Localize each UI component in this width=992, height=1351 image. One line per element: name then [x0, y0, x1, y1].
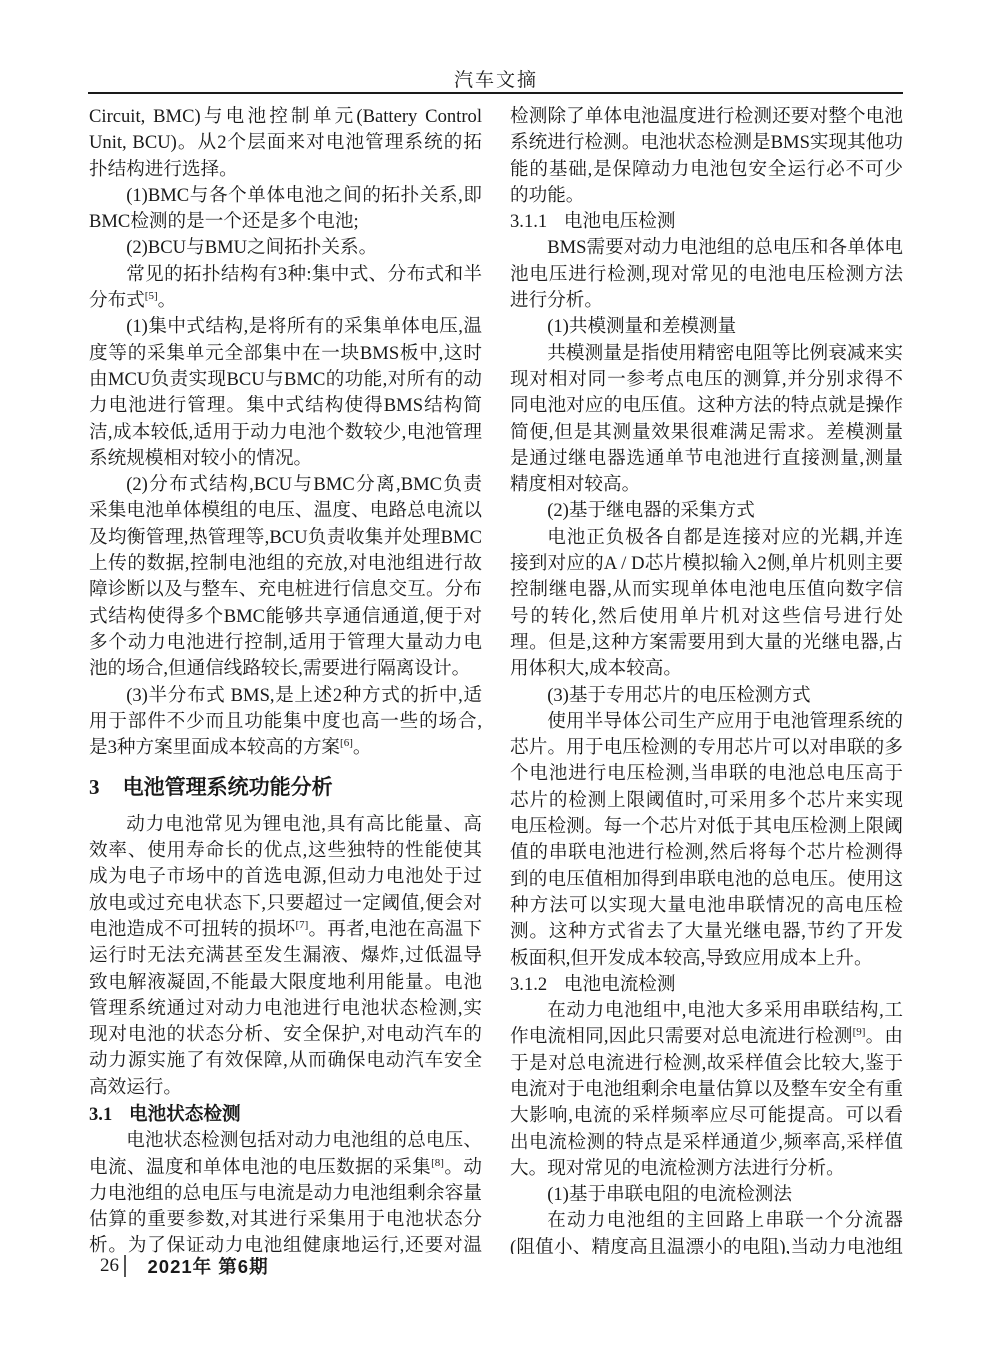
paragraph: (1)共模测量和差模测量: [510, 314, 903, 340]
page-footer: 26 2021年 第6期: [100, 1253, 269, 1279]
citation-ref: [6]: [340, 737, 353, 749]
section-title: 电池管理系统功能分析: [123, 776, 333, 799]
left-column: Circuit, BMC)与电池控制单元(Battery Control Uni…: [89, 104, 482, 1254]
paragraph: (1)BMC与各个单体电池之间的拓扑关系,即BMC检测的是一个还是多个电池;: [89, 183, 482, 236]
paragraph: 共模测量是指使用精密电阻等比例衰减来实现对相对同一参考点电压的测算,并分别求得不…: [510, 341, 903, 499]
section-heading: 3.1.1电池电压检测: [510, 209, 903, 235]
paragraph: (2)分布式结构,BCU与BMC分离,BMC负责采集电池单体模组的电压、温度、电…: [89, 472, 482, 682]
page-number: 26: [100, 1255, 119, 1277]
paragraph: BMS需要对动力电池组的总电压和各单体电池电压进行检测,现对常见的电池电压检测方…: [510, 235, 903, 314]
document-page: 汽车文摘 Circuit, BMC)与电池控制单元(Battery Contro…: [0, 0, 992, 1351]
section-number: 3.1: [89, 1102, 112, 1128]
citation-ref: [8]: [431, 1156, 444, 1168]
section-heading: 3.1电池状态检测: [89, 1101, 482, 1128]
section-title: 电池状态检测: [129, 1103, 241, 1124]
paragraph: (1)基于串联电阻的电流检测法: [510, 1182, 903, 1208]
paragraph: (1)集中式结构,是将所有的采集单体电压,温度等的采集单元全部集中在一块BMS板…: [89, 314, 482, 472]
header-divider: [88, 92, 903, 94]
paragraph: (3)半分布式 BMS,是上述2种方式的折中,适用于部件不少而且功能集中度也高一…: [89, 683, 482, 762]
paragraph: 电池正负极各自都是连接对应的光耦,并连接到对应的A / D芯片模拟输入2侧,单片…: [510, 525, 903, 683]
paragraph: 在动力电池组中,电池大多采用串联结构,工作电流相同,因此只需要对总电流进行检测[…: [510, 998, 903, 1182]
paragraph: 动力电池常见为锂电池,具有高比能量、高效率、使用寿命长的优点,这些独特的性能使其…: [89, 812, 482, 1101]
paragraph: (2)基于继电器的采集方式: [510, 498, 903, 524]
paragraph: Circuit, BMC)与电池控制单元(Battery Control Uni…: [89, 104, 482, 183]
paragraph: 检测除了单体电池温度进行检测还要对整个电池系统进行检测。电池状态检测是BMS实现…: [510, 104, 903, 209]
section-title: 电池电压检测: [564, 211, 676, 232]
right-column: 检测除了单体电池温度进行检测还要对整个电池系统进行检测。电池状态检测是BMS实现…: [510, 104, 903, 1254]
section-number: 3: [89, 774, 100, 800]
paragraph: (3)基于专用芯片的电压检测方式: [510, 683, 903, 709]
section-heading: 3电池管理系统功能分析: [89, 774, 482, 801]
section-number: 3.1.1: [510, 209, 547, 235]
paragraph: 使用半导体公司生产应用于电池管理系统的芯片。用于电压检测的专用芯片可以对串联的多…: [510, 709, 903, 972]
section-number: 3.1.2: [510, 972, 547, 998]
paragraph: 在动力电池组的主回路上串联一个分流器(阻值小、精度高且温漂小的电阻),当动力电池…: [510, 1208, 903, 1254]
issue-label: 2021年 第6期: [148, 1253, 269, 1279]
paragraph: (2)BCU与BMU之间拓扑关系。: [89, 235, 482, 261]
citation-ref: [9]: [853, 1026, 866, 1038]
citation-ref: [7]: [295, 919, 308, 931]
journal-title: 汽车文摘: [0, 65, 992, 92]
citation-ref: [5]: [145, 290, 158, 302]
paragraph: 常见的拓扑结构有3种:集中式、分布式和半分布式[5]。: [89, 262, 482, 315]
footer-divider: [124, 1255, 126, 1277]
section-title: 电池电流检测: [564, 974, 676, 995]
paragraph: 电池状态检测包括对动力电池组的总电压、电流、温度和单体电池的电压数据的采集[8]…: [89, 1128, 482, 1254]
section-heading: 3.1.2电池电流检测: [510, 972, 903, 998]
